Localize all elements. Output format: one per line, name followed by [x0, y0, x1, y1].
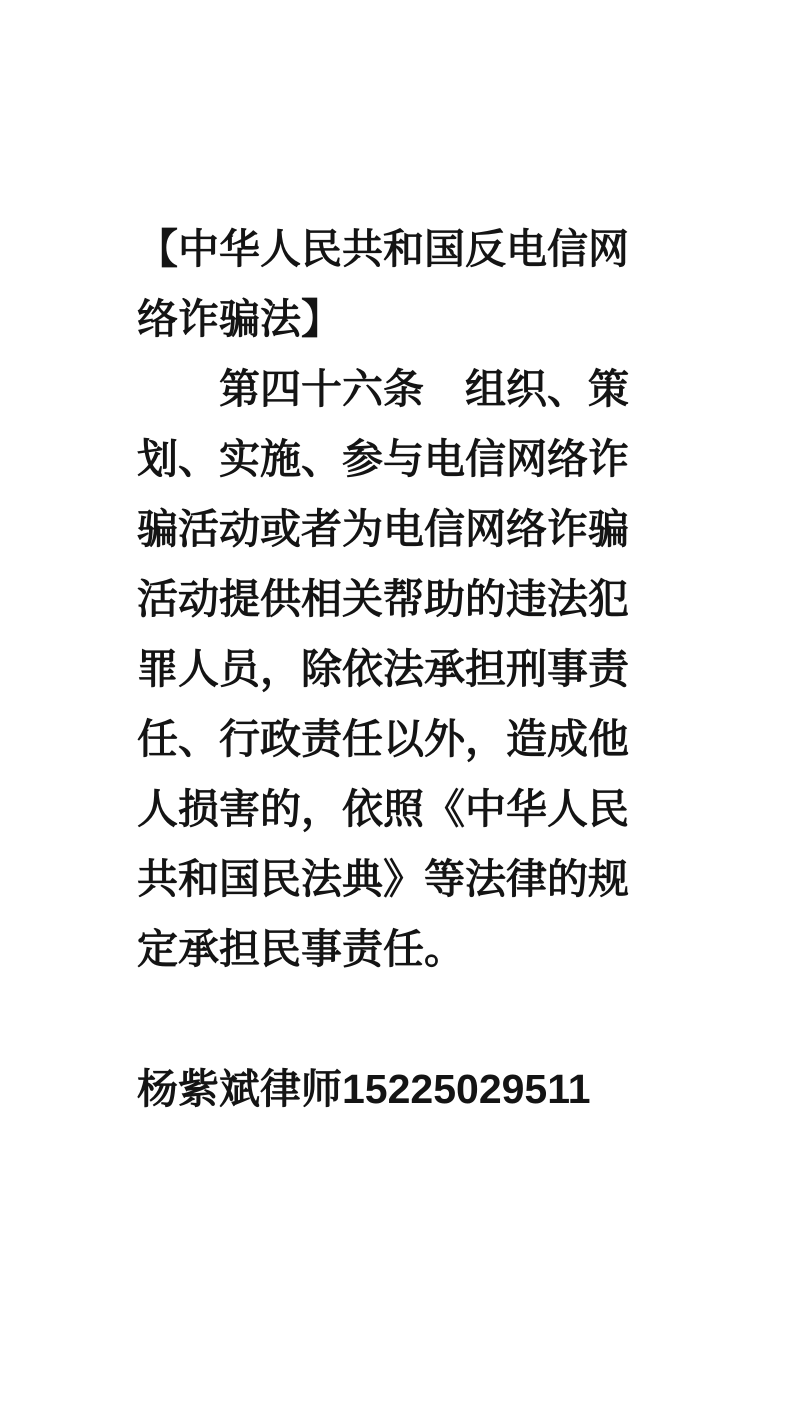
article-line-2: 划、实施、参与电信网络诈: [137, 424, 637, 494]
page-background: 【中华人民共和国反电信网 络诈骗法】 第四十六条 组织、策 划、实施、参与电信网…: [0, 0, 800, 1422]
law-title-line-1: 【中华人民共和国反电信网: [137, 214, 637, 284]
article-line-1: 第四十六条 组织、策: [137, 354, 637, 424]
article-line-8: 共和国民法典》等法律的规: [137, 844, 637, 914]
lawyer-signature: 杨紫斌律师15225029511: [137, 1054, 637, 1124]
article-line-4: 活动提供相关帮助的违法犯: [137, 564, 637, 634]
article-line-3: 骗活动或者为电信网络诈骗: [137, 494, 637, 564]
article-line-6: 任、行政责任以外，造成他: [137, 704, 637, 774]
article-line-7: 人损害的，依照《中华人民: [137, 774, 637, 844]
article-line-9: 定承担民事责任。: [137, 914, 637, 984]
law-title-line-2: 络诈骗法】: [137, 284, 637, 354]
article-line-5: 罪人员，除依法承担刑事责: [137, 634, 637, 704]
legal-text-document: 【中华人民共和国反电信网 络诈骗法】 第四十六条 组织、策 划、实施、参与电信网…: [137, 214, 637, 1124]
